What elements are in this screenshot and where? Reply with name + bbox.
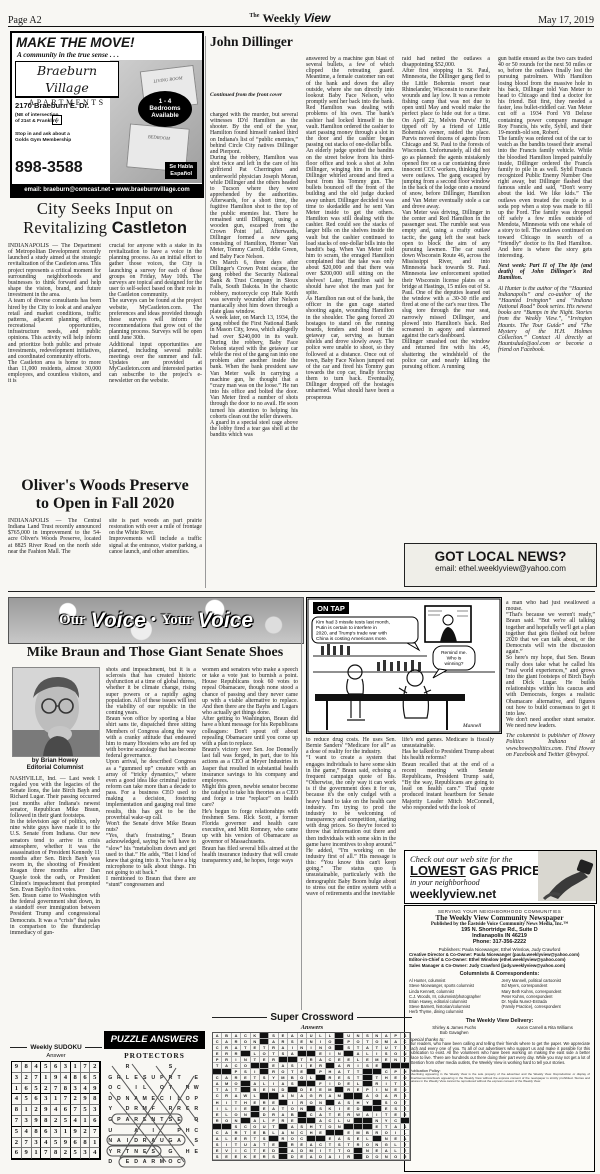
braun-column-3: women and senators who make a speech or …	[202, 667, 298, 1008]
wordsearch-answer-block: PROTECTORS RSGRLESUPRTEOCILOTRWDDNAMECIL…	[106, 1051, 203, 1168]
our-voice-banner: Our Voice • Your Voice	[8, 597, 304, 644]
issue-date: May 17, 2019	[538, 15, 594, 26]
cartoonist-signature: Mannell	[462, 723, 482, 729]
sudoku-grid: 9845631723271948651652783494563172988129…	[11, 1061, 101, 1160]
dillinger-continued-note: Continued from the front cover	[210, 92, 305, 98]
wordsearch-grid: RSGRLESUPRTEOCILOTRWDDNAMECILOPYDRMFRRCR…	[106, 1062, 203, 1168]
dillinger-headline: John Dillinger	[210, 34, 330, 50]
se-habla-badge: Se HablaEspañol	[165, 162, 197, 179]
next-week-teaser: Next week: Part II of The life (and deat…	[498, 263, 592, 281]
gas-ad-text: Check out our web site for the LOWEST GA…	[410, 854, 549, 901]
newspaper-page: Page A2 The Weekly View May 17, 2019 LIV…	[0, 0, 600, 1174]
braun-headline: Mike Braun and Those Giant Senate Shoes	[8, 645, 302, 661]
section-divider	[8, 591, 595, 592]
svg-text:winning?: winning?	[445, 661, 464, 667]
columnists-lists: Al Hunter, columnist Steve Nicewanger, s…	[409, 978, 590, 1014]
svg-text:China is costing Americans mor: China is costing Americans more.	[316, 636, 387, 642]
braun-column-4: to reduce drug costs. He uses Sen. Berni…	[306, 737, 396, 1009]
page-number: Page A2	[8, 15, 42, 26]
on-tap-label: ON TAP	[313, 602, 349, 614]
masthead-info-box: SERVING YOUR NEIGHBORHOOD COMMUNITIES Th…	[404, 905, 595, 1172]
tv-news-screen	[425, 606, 471, 642]
ad-subtitle: A community in the true sense . . .	[17, 50, 119, 59]
svg-text:Remind me.: Remind me.	[441, 650, 467, 656]
gas-pump-photo	[538, 851, 596, 901]
article-castleton: City Seeks Input on Revitalizing Castlet…	[8, 199, 202, 469]
ad-phone-number: 898-3588	[15, 159, 83, 177]
equal-housing-icon: ⌂	[52, 115, 62, 125]
ad-contact-bar: email: braeburn@comcast.net • www.braebu…	[12, 184, 202, 196]
braun-column-2: shots and impeachment, but it is a scler…	[106, 667, 196, 1031]
page-header: Page A2 The Weekly View May 17, 2019	[8, 5, 594, 27]
castleton-headline: City Seeks Input on Revitalizing Castlet…	[8, 199, 202, 238]
braun-column-6: a man who had just swallowed a mouse. “T…	[506, 600, 595, 848]
castleton-column-2: crucial for anyone with a stake in its r…	[109, 243, 202, 469]
svg-text:ON TAP: ON TAP	[317, 604, 345, 613]
dillinger-column-3: raid had netted the outlaws a disappoint…	[402, 56, 490, 538]
ad-headline: MAKE THE MOVE!	[16, 35, 135, 50]
dillinger-column-2: answered by a machine gun blast of sever…	[306, 56, 394, 600]
sudoku-answer-block: Weekly SUDOKU Answer 9845631723271948651…	[10, 1044, 102, 1160]
puzzle-answers-banner: PUZZLE ANSWERS	[104, 1031, 205, 1049]
author-bio: Al Hunter is the author of the “Haunted …	[498, 286, 592, 354]
ad-gym-note: Stop in and ask about aGolds Gym Members…	[15, 132, 71, 143]
svg-text:2020, and Trump's trade war wi: 2020, and Trump's trade war with	[316, 631, 387, 637]
byline: by Brian Howey Editorial Columnist	[12, 757, 98, 771]
column-rule	[301, 598, 302, 1010]
columnist-tagline: The columnist is publisher of Howey Poli…	[506, 733, 595, 758]
braeburn-village-logo: Braeburn Village APARTMENTS	[15, 61, 119, 98]
svg-text:Who is: Who is	[447, 656, 462, 662]
svg-text:Kim had 3 missile tests last m: Kim had 3 missile tests last month,	[316, 620, 390, 626]
ad-address: 2170 Braeburn E. Dr.	[15, 101, 89, 110]
olivers-column-2: site is part woods an part prairie resto…	[109, 518, 202, 584]
column-rule	[205, 36, 206, 588]
brian-howey-photo	[12, 667, 100, 757]
castleton-column-1: INDIANAPOLIS — The Department of Metropo…	[8, 243, 101, 469]
braeburn-apartments-ad: LIVING ROOM BEDROOM MAKE THE MOVE! A com…	[10, 31, 204, 198]
newspaper-title: The Weekly View	[249, 11, 330, 26]
olivers-column-1: INDIANAPOLIS — The Central Indiana Land …	[8, 518, 101, 584]
got-local-news-box: GOT LOCAL NEWS? email: ethel.weeklyview@…	[404, 543, 597, 587]
bar-counter	[315, 694, 465, 701]
article-olivers-woods: Oliver's Woods Preserve to Open in Fall …	[8, 477, 202, 584]
olivers-headline: Oliver's Woods Preserve to Open in Fall …	[8, 477, 202, 513]
crossword-answer-block: Super Crossword Answers ABACKSEAGULLUNSN…	[212, 1012, 412, 1161]
braun-column-1: NASHVILLE, Ind. — Last week I regaled yo…	[10, 776, 100, 1040]
braun-column-5: life's end games. Medicare is fiscally u…	[402, 737, 494, 847]
on-tap-editorial-cartoon: ON TAP Kim had 3 missile tests last mont…	[306, 597, 502, 734]
dillinger-column-4: gun battle ensued as the two cars traded…	[498, 56, 592, 538]
dillinger-column-1: charged with the murder, but several wit…	[210, 112, 298, 600]
delivery-lists: Shirley & James Fuchs Bob Gavaghen Aaron…	[409, 1025, 590, 1035]
bedrooms-badge: 1 - 4BedroomsAvailable	[138, 91, 192, 127]
svg-text:Putin is certain to interfere: Putin is certain to interfere in	[316, 625, 377, 631]
gas-prices-ad: Check out our web site for the LOWEST GA…	[404, 850, 597, 904]
crossword-grid: ABACKSEAGULLUNSNAPSCARONARSENIOPOTOMACCR…	[212, 1032, 411, 1161]
